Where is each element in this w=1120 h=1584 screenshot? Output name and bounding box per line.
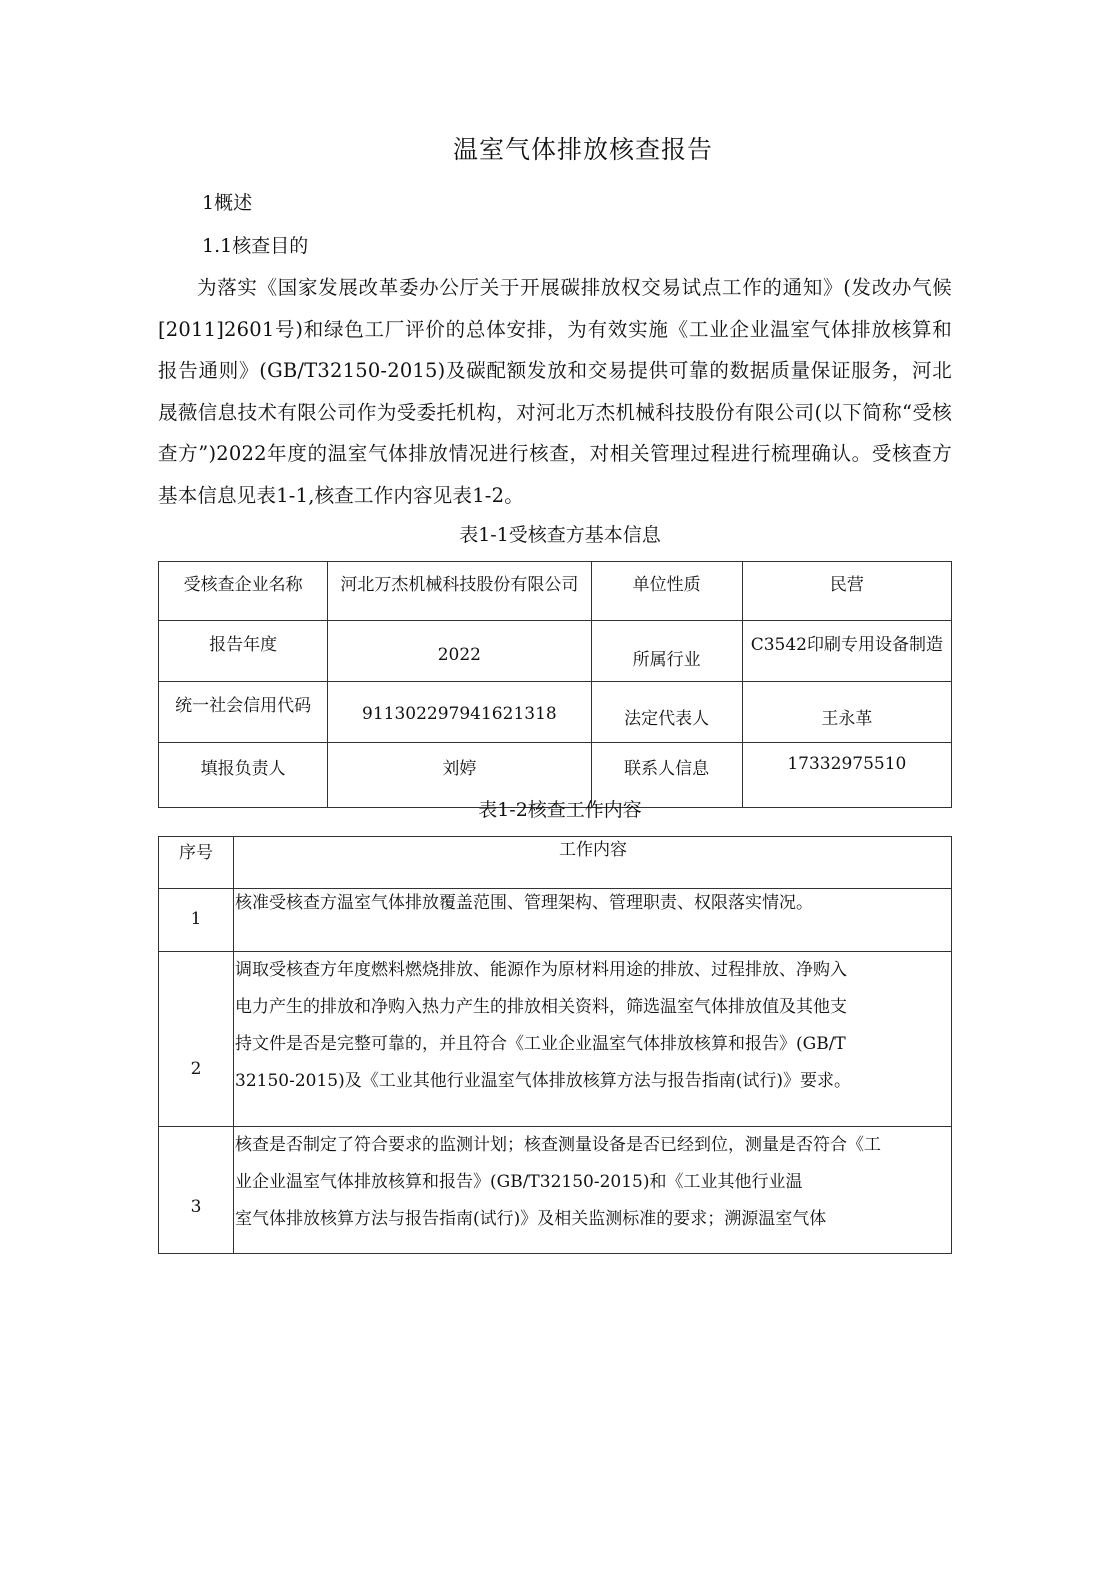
value-cell: 2022: [328, 621, 591, 682]
value-cell: 民营: [742, 562, 951, 621]
content-line: 调取受核查方年度燃料燃烧排放、能源作为原材料用途的排放、过程排放、净购入: [235, 952, 951, 989]
table1-caption: 表1-1受核查方基本信息: [0, 520, 1120, 547]
table-row: 2 调取受核查方年度燃料燃烧排放、能源作为原材料用途的排放、过程排放、净购入 电…: [159, 952, 952, 1127]
table-row: 统一社会信用代码 91130229794162131​8 法定代表人 王永革: [159, 682, 952, 743]
label-cell: 单位性质: [591, 562, 742, 621]
label-cell: 报告年度: [159, 621, 328, 682]
section-heading-overview: 1概述: [202, 188, 252, 215]
content-line: 32150-2015)及《工业其他行业温室气体排放核算方法与报告指南(试行)》要…: [235, 1063, 951, 1100]
table-header-row: 序号 工作内容: [159, 837, 952, 889]
table-row: 3 核查是否制定了符合要求的监测计划；核查测量设备是否已经到位，测量是否符合《工…: [159, 1127, 952, 1254]
document-page: 温室气体排放核查报告 1概述 1.1核查目的 为落实《国家发展改革委办公厅关于开…: [0, 0, 1120, 1584]
header-num: 序号: [159, 837, 234, 889]
table2-caption: 表1-2核查工作内容: [0, 795, 1120, 822]
value-cell: 王永革: [742, 682, 951, 743]
work-content-table: 序号 工作内容 1 核准受核查方温室气体排放覆盖范围、管理架构、管理职责、权限落…: [158, 836, 952, 1254]
basic-info-table: 受核查企业名称 河北万杰机械科技股份有限公司 单位性质 民营 报告年度 2022…: [158, 561, 952, 808]
table-row: 报告年度 2022 所属行业 C3542印刷专用设备制造: [159, 621, 952, 682]
content-line: 核查是否制定了符合要求的监测计划；核查测量设备是否已经到位，测量是否符合《工: [235, 1127, 951, 1164]
row-number: 1: [159, 889, 234, 952]
row-content: 核查是否制定了符合要求的监测计划；核查测量设备是否已经到位，测量是否符合《工 业…: [234, 1127, 952, 1254]
label-cell: 受核查企业名称: [159, 562, 328, 621]
document-title: 温室气体排放核查报告: [0, 130, 1120, 166]
label-cell: 法定代表人: [591, 682, 742, 743]
value-cell: 91130229794162131​8: [328, 682, 591, 743]
content-line: 持文件是否是完整可靠的，并且符合《工业企业温室气体排放核算和报告》(GB/T: [235, 1026, 951, 1063]
section-heading-purpose: 1.1核查目的: [202, 231, 308, 258]
label-cell: 所属行业: [591, 621, 742, 682]
table-row: 受核查企业名称 河北万杰机械科技股份有限公司 单位性质 民营: [159, 562, 952, 621]
purpose-paragraph: 为落实《国家发展改革委办公厅关于开展碳排放权交易试点工作的通知》(发改办气候[2…: [158, 267, 952, 516]
label-cell: 统一社会信用代码: [159, 682, 328, 743]
content-line: 室气体排放核算方法与报告指南(试行)》及相关监测标准的要求；溯源温室气体: [235, 1201, 951, 1238]
row-content: 调取受核查方年度燃料燃烧排放、能源作为原材料用途的排放、过程排放、净购入 电力产…: [234, 952, 952, 1127]
row-content: 核准受核查方温室气体排放覆盖范围、管理架构、管理职责、权限落实情况。: [234, 889, 952, 952]
header-content: 工作内容: [234, 837, 952, 889]
content-line: 电力产生的排放和净购入热力产生的排放相关资料，筛选温室气体排放值及其他支: [235, 989, 951, 1026]
content-line: 业企业温室气体排放核算和报告》(GB/T32150-2015)和《工业其他行业温: [235, 1164, 951, 1201]
row-number: 2: [159, 952, 234, 1127]
row-number: 3: [159, 1127, 234, 1254]
value-cell: C3542印刷专用设备制造: [742, 621, 951, 682]
value-cell: 河北万杰机械科技股份有限公司: [328, 562, 591, 621]
content-line: 核准受核查方温室气体排放覆盖范围、管理架构、管理职责、权限落实情况。: [235, 891, 951, 915]
table-row: 1 核准受核查方温室气体排放覆盖范围、管理架构、管理职责、权限落实情况。: [159, 889, 952, 952]
